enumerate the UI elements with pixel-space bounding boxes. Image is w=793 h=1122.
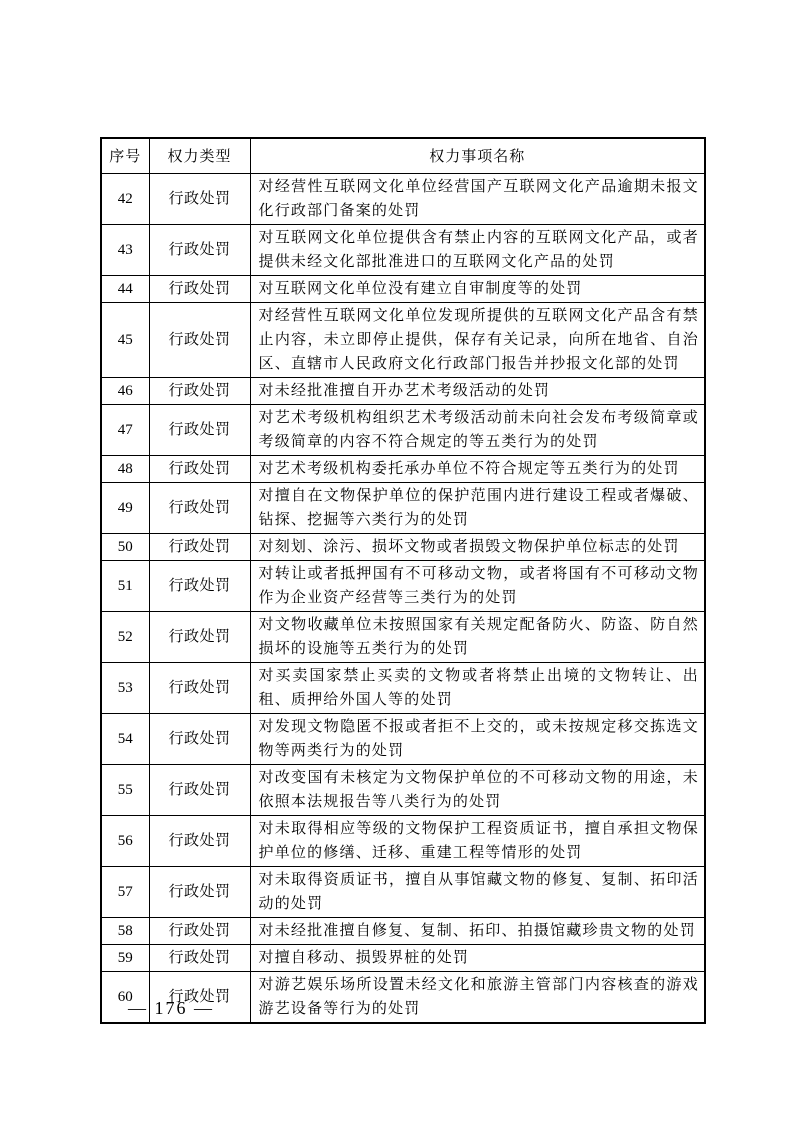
serial-number-cell: 58 [101,917,149,944]
table-row: 54 行政处罚 对发现文物隐匿不报或者拒不上交的，或未按规定移交拣选文物等两类行… [101,713,705,764]
power-item-name-cell: 对发现文物隐匿不报或者拒不上交的，或未按规定移交拣选文物等两类行为的处罚 [250,713,705,764]
table-body: 42 行政处罚 对经营性互联网文化单位经营国产互联网文化产品逾期未报文化行政部门… [101,173,705,1023]
power-item-name-cell: 对未取得资质证书，擅自从事馆藏文物的修复、复制、拓印活动的处罚 [250,866,705,917]
power-type-cell: 行政处罚 [149,224,250,275]
column-header-power-type: 权力类型 [149,138,250,173]
column-header-serial-number: 序号 [101,138,149,173]
power-item-name-cell: 对艺术考级机构组织艺术考级活动前未向社会发布考级简章或考级简章的内容不符合规定的… [250,404,705,455]
document-page: 序号 权力类型 权力事项名称 42 行政处罚 对经营性互联网文化单位经营国产互联… [0,0,793,1122]
power-type-cell: 行政处罚 [149,173,250,224]
table-row: 46 行政处罚 对未经批准擅自开办艺术考级活动的处罚 [101,377,705,404]
power-item-name-cell: 对经营性互联网文化单位经营国产互联网文化产品逾期未报文化行政部门备案的处罚 [250,173,705,224]
table-row: 58 行政处罚 对未经批准擅自修复、复制、拓印、拍摄馆藏珍贵文物的处罚 [101,917,705,944]
table-row: 57 行政处罚 对未取得资质证书，擅自从事馆藏文物的修复、复制、拓印活动的处罚 [101,866,705,917]
power-item-name-cell: 对文物收藏单位未按照国家有关规定配备防火、防盗、防自然损坏的设施等五类行为的处罚 [250,611,705,662]
power-type-cell: 行政处罚 [149,713,250,764]
power-type-cell: 行政处罚 [149,455,250,482]
power-type-cell: 行政处罚 [149,275,250,302]
serial-number-cell: 55 [101,764,149,815]
serial-number-cell: 59 [101,944,149,971]
table-header: 序号 权力类型 权力事项名称 [101,138,705,173]
table-row: 49 行政处罚 对擅自在文物保护单位的保护范围内进行建设工程或者爆破、钻探、挖掘… [101,482,705,533]
power-type-cell: 行政处罚 [149,662,250,713]
power-item-name-cell: 对未经批准擅自开办艺术考级活动的处罚 [250,377,705,404]
power-type-cell: 行政处罚 [149,560,250,611]
power-type-cell: 行政处罚 [149,404,250,455]
table-row: 55 行政处罚 对改变国有未核定为文物保护单位的不可移动文物的用途，未依照本法规… [101,764,705,815]
serial-number-cell: 45 [101,302,149,377]
power-type-cell: 行政处罚 [149,377,250,404]
serial-number-cell: 42 [101,173,149,224]
page-number: — 176 — [128,998,214,1019]
table-row: 52 行政处罚 对文物收藏单位未按照国家有关规定配备防火、防盗、防自然损坏的设施… [101,611,705,662]
table-row: 53 行政处罚 对买卖国家禁止买卖的文物或者将禁止出境的文物转让、出租、质押给外… [101,662,705,713]
power-type-cell: 行政处罚 [149,764,250,815]
power-type-cell: 行政处罚 [149,866,250,917]
power-type-cell: 行政处罚 [149,611,250,662]
table-row: 45 行政处罚 对经营性互联网文化单位发现所提供的互联网文化产品含有禁止内容，未… [101,302,705,377]
serial-number-cell: 56 [101,815,149,866]
power-type-cell: 行政处罚 [149,944,250,971]
serial-number-cell: 53 [101,662,149,713]
power-item-name-cell: 对艺术考级机构委托承办单位不符合规定等五类行为的处罚 [250,455,705,482]
power-item-name-cell: 对买卖国家禁止买卖的文物或者将禁止出境的文物转让、出租、质押给外国人等的处罚 [250,662,705,713]
power-type-cell: 行政处罚 [149,533,250,560]
serial-number-cell: 57 [101,866,149,917]
serial-number-cell: 47 [101,404,149,455]
power-item-name-cell: 对擅自在文物保护单位的保护范围内进行建设工程或者爆破、钻探、挖掘等六类行为的处罚 [250,482,705,533]
power-type-cell: 行政处罚 [149,815,250,866]
power-item-name-cell: 对互联网文化单位提供含有禁止内容的互联网文化产品，或者提供未经文化部批准进口的互… [250,224,705,275]
power-item-name-cell: 对转让或者抵押国有不可移动文物，或者将国有不可移动文物作为企业资产经营等三类行为… [250,560,705,611]
table-row: 47 行政处罚 对艺术考级机构组织艺术考级活动前未向社会发布考级简章或考级简章的… [101,404,705,455]
table-row: 42 行政处罚 对经营性互联网文化单位经营国产互联网文化产品逾期未报文化行政部门… [101,173,705,224]
power-item-name-cell: 对擅自移动、损毁界桩的处罚 [250,944,705,971]
power-item-name-cell: 对游艺娱乐场所设置未经文化和旅游主管部门内容核查的游戏游艺设备等行为的处罚 [250,971,705,1023]
serial-number-cell: 49 [101,482,149,533]
table-row: 48 行政处罚 对艺术考级机构委托承办单位不符合规定等五类行为的处罚 [101,455,705,482]
table-row: 51 行政处罚 对转让或者抵押国有不可移动文物，或者将国有不可移动文物作为企业资… [101,560,705,611]
serial-number-cell: 46 [101,377,149,404]
power-type-cell: 行政处罚 [149,302,250,377]
power-item-name-cell: 对未取得相应等级的文物保护工程资质证书，擅自承担文物保护单位的修缮、迁移、重建工… [250,815,705,866]
serial-number-cell: 54 [101,713,149,764]
table-row: 44 行政处罚 对互联网文化单位没有建立自审制度等的处罚 [101,275,705,302]
authority-items-table: 序号 权力类型 权力事项名称 42 行政处罚 对经营性互联网文化单位经营国产互联… [100,137,706,1024]
power-item-name-cell: 对改变国有未核定为文物保护单位的不可移动文物的用途，未依照本法规报告等八类行为的… [250,764,705,815]
power-type-cell: 行政处罚 [149,917,250,944]
serial-number-cell: 52 [101,611,149,662]
table-row: 59 行政处罚 对擅自移动、损毁界桩的处罚 [101,944,705,971]
power-type-cell: 行政处罚 [149,482,250,533]
column-header-power-item-name: 权力事项名称 [250,138,705,173]
table-row: 56 行政处罚 对未取得相应等级的文物保护工程资质证书，擅自承担文物保护单位的修… [101,815,705,866]
power-item-name-cell: 对刻划、涂污、损坏文物或者损毁文物保护单位标志的处罚 [250,533,705,560]
table-row: 50 行政处罚 对刻划、涂污、损坏文物或者损毁文物保护单位标志的处罚 [101,533,705,560]
power-item-name-cell: 对经营性互联网文化单位发现所提供的互联网文化产品含有禁止内容，未立即停止提供，保… [250,302,705,377]
serial-number-cell: 44 [101,275,149,302]
power-item-name-cell: 对未经批准擅自修复、复制、拓印、拍摄馆藏珍贵文物的处罚 [250,917,705,944]
table-row: 43 行政处罚 对互联网文化单位提供含有禁止内容的互联网文化产品，或者提供未经文… [101,224,705,275]
serial-number-cell: 50 [101,533,149,560]
serial-number-cell: 43 [101,224,149,275]
serial-number-cell: 48 [101,455,149,482]
power-item-name-cell: 对互联网文化单位没有建立自审制度等的处罚 [250,275,705,302]
serial-number-cell: 51 [101,560,149,611]
